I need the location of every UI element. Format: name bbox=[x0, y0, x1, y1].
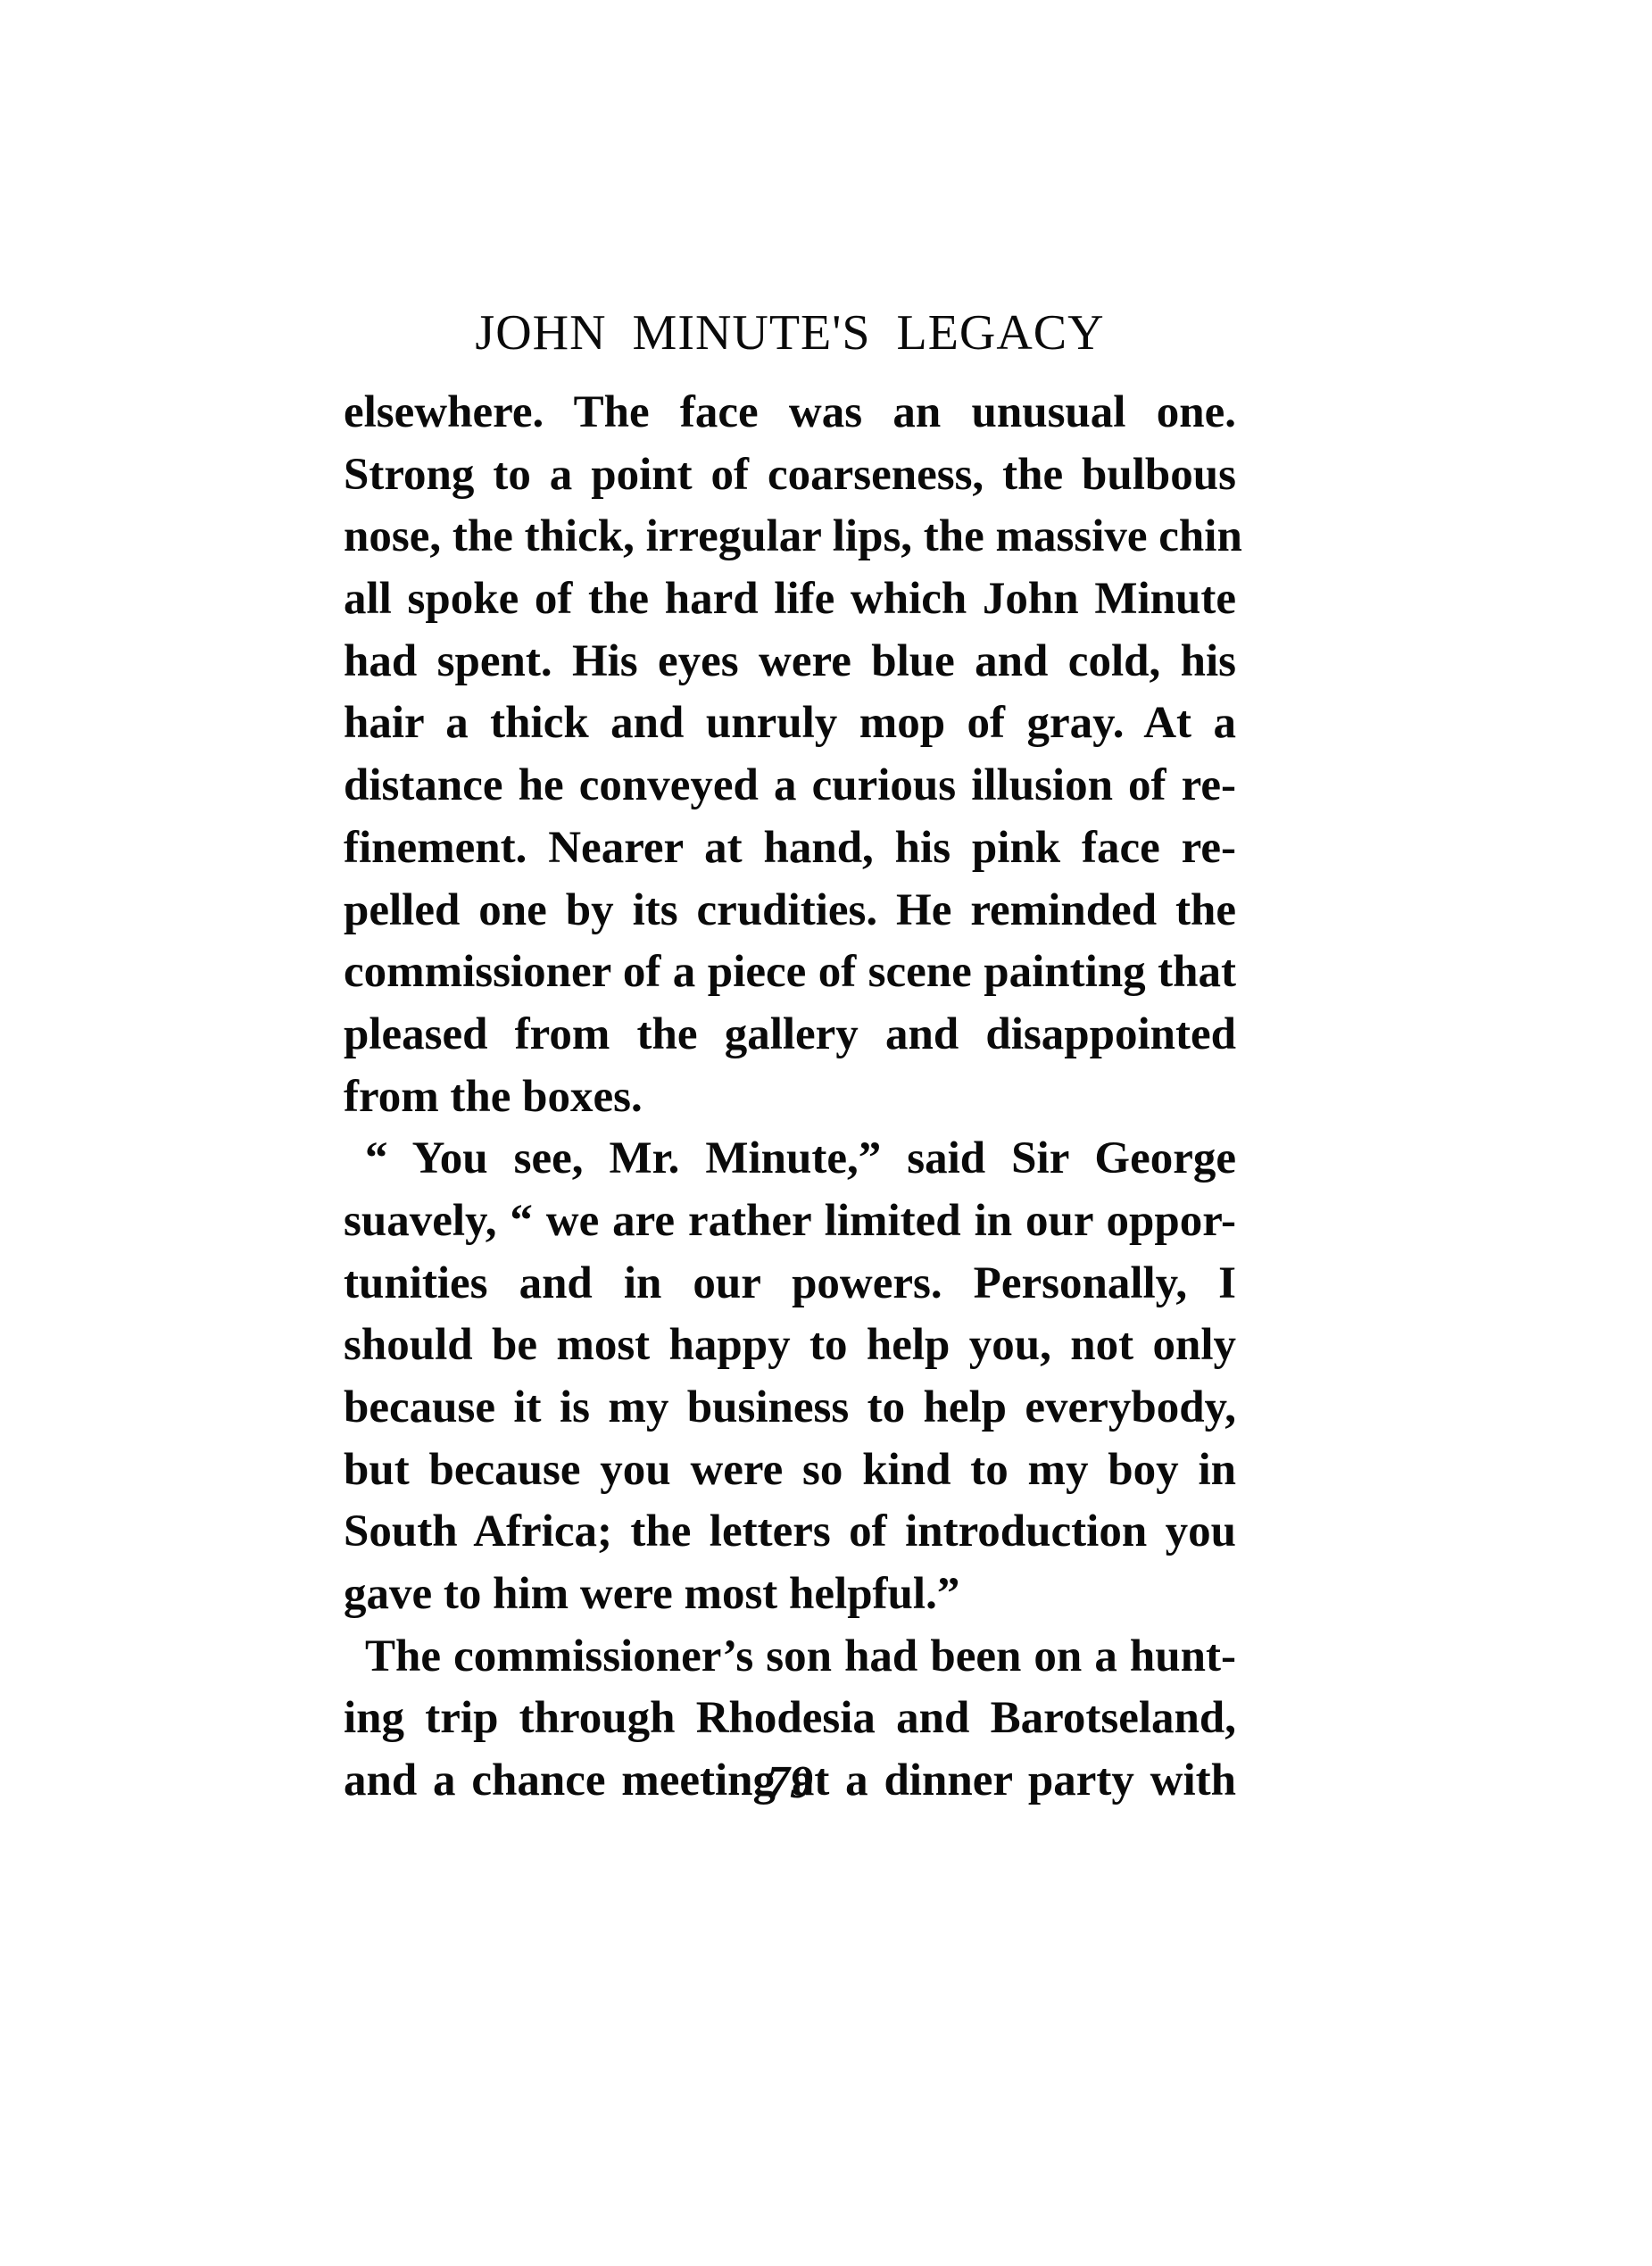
running-head: JOHN MINUTE'S LEGACY bbox=[344, 302, 1236, 364]
text-line: commissioner of a piece of scene paintin… bbox=[344, 942, 1236, 1004]
text-line: but because you were so kind to my boy i… bbox=[344, 1440, 1236, 1502]
text-line: finement. Nearer at hand, his pink face … bbox=[344, 818, 1236, 880]
text-line: hair a thick and unruly mop of gray. At … bbox=[344, 693, 1236, 755]
text-line: pelled one by its crudities. He reminded… bbox=[344, 880, 1236, 942]
book-page: JOHN MINUTE'S LEGACY elsewhere. The face… bbox=[0, 0, 1652, 2266]
text-line: The commissioner’s son had been on a hun… bbox=[344, 1626, 1236, 1689]
text-line: from the boxes. bbox=[344, 1067, 1236, 1129]
body-text: elsewhere. The face was an unusual one. … bbox=[344, 382, 1236, 1813]
text-line: South Africa; the letters of introductio… bbox=[344, 1501, 1236, 1564]
text-line: gave to him were most helpful.” bbox=[344, 1564, 1236, 1626]
text-line: had spent. His eyes were blue and cold, … bbox=[344, 631, 1236, 693]
text-line: because it is my business to help everyb… bbox=[344, 1377, 1236, 1440]
text-line: distance he conveyed a curious illusion … bbox=[344, 755, 1236, 818]
text-line: tunities and in our powers. Personally, … bbox=[344, 1253, 1236, 1316]
text-line: “ You see, Mr. Minute,” said Sir George bbox=[344, 1128, 1236, 1191]
text-line: pleased from the gallery and disappointe… bbox=[344, 1004, 1236, 1067]
text-line: ing trip through Rhodesia and Barotselan… bbox=[344, 1688, 1236, 1750]
text-line: nose, the thick, irregular lips, the mas… bbox=[344, 506, 1236, 569]
text-line: should be most happy to help you, not on… bbox=[344, 1315, 1236, 1377]
text-line: all spoke of the hard life which John Mi… bbox=[344, 569, 1236, 631]
text-line: Strong to a point of coarseness, the bul… bbox=[344, 444, 1236, 507]
text-line: elsewhere. The face was an unusual one. bbox=[344, 382, 1236, 444]
text-line: suavely, “ we are rather limited in our … bbox=[344, 1191, 1236, 1253]
page-number: 79 bbox=[344, 1756, 1236, 1810]
